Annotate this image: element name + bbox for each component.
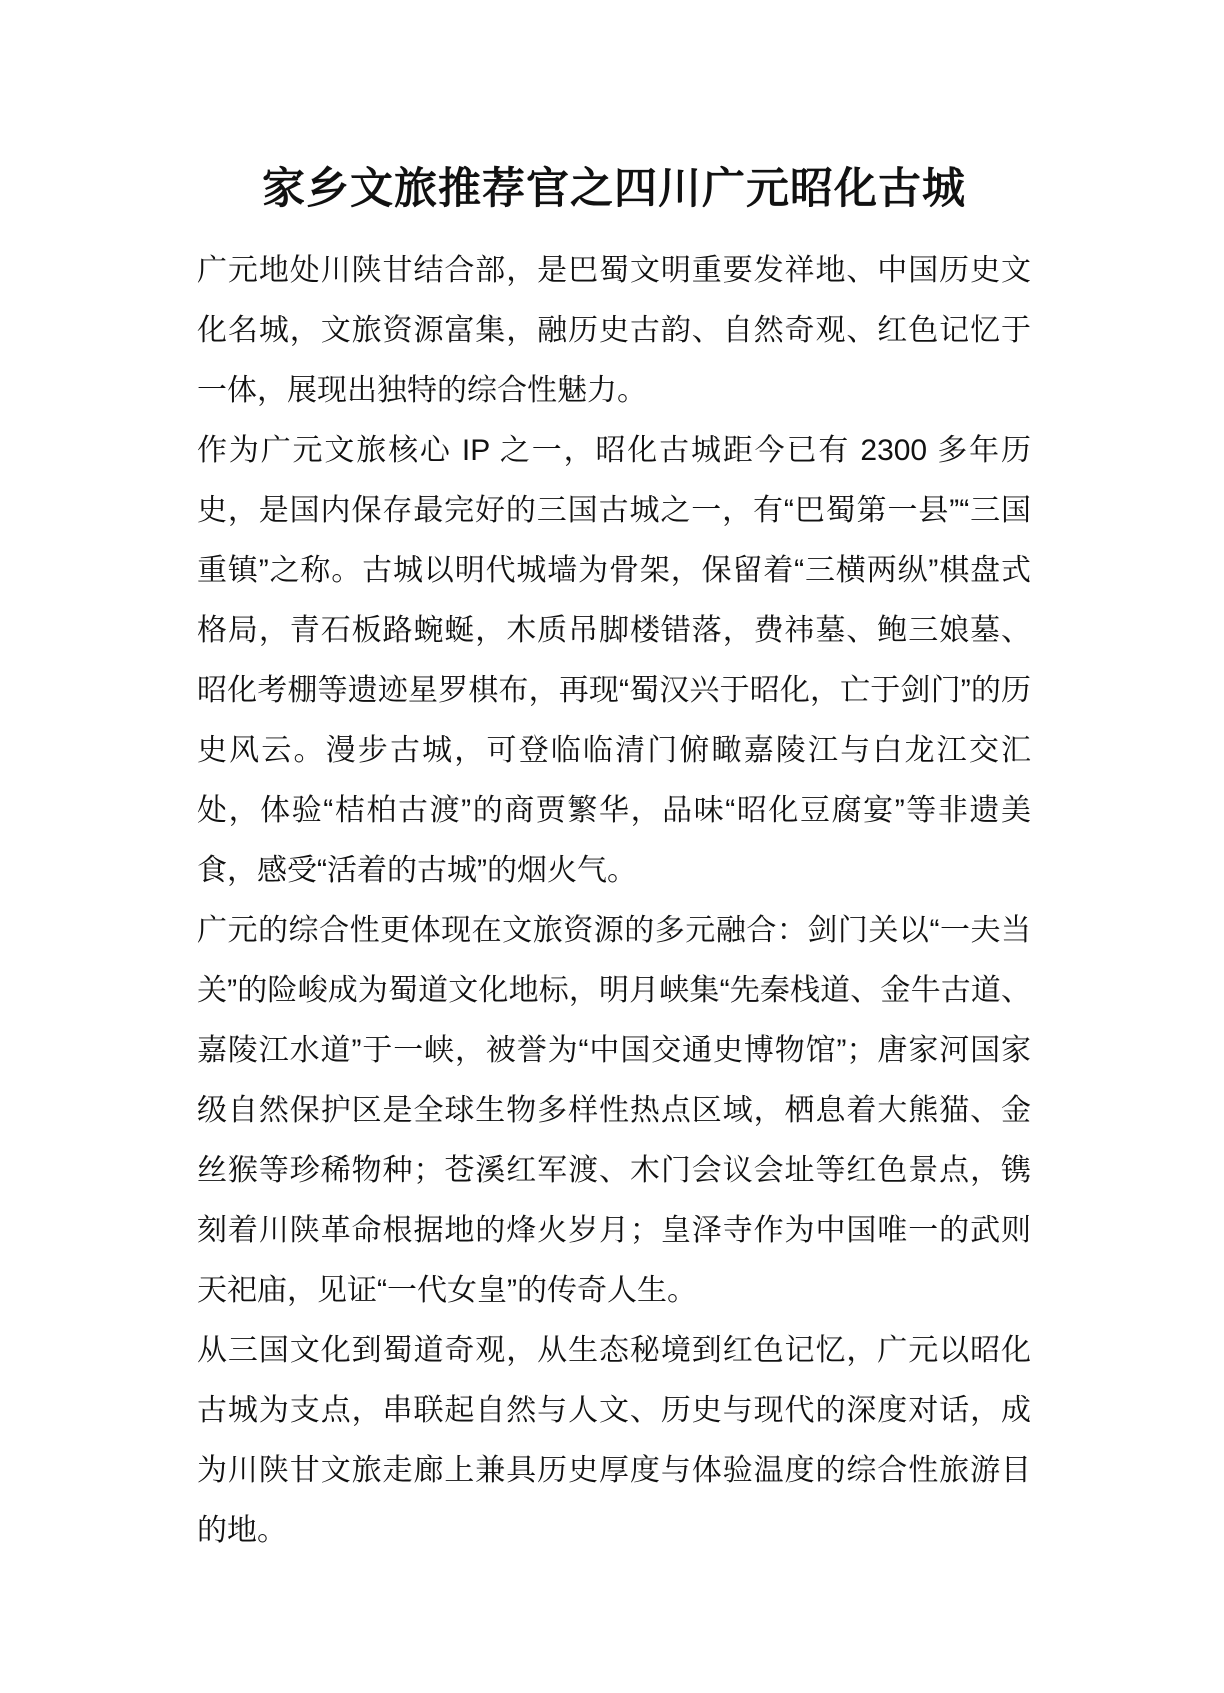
document-page: 家乡文旅推荐官之四川广元昭化古城 广元地处川陕甘结合部，是巴蜀文明重要发祥地、中… [0,0,1224,1693]
paragraph-conclusion: 从三国文化到蜀道奇观，从生态秘境到红色记忆，广元以昭化古城为支点，串联起自然与人… [197,1321,1031,1561]
paragraph-intro: 广元地处川陕甘结合部，是巴蜀文明重要发祥地、中国历史文化名城，文旅资源富集，融历… [197,241,1031,421]
paragraph-diverse-resources: 广元的综合性更体现在文旅资源的多元融合：剑门关以“一夫当关”的险峻成为蜀道文化地… [197,901,1031,1321]
document-title: 家乡文旅推荐官之四川广元昭化古城 [197,163,1031,215]
paragraph-zhaohua-ancient-city: 作为广元文旅核心 IP 之一，昭化古城距今已有 2300 多年历史，是国内保存最… [197,421,1031,901]
